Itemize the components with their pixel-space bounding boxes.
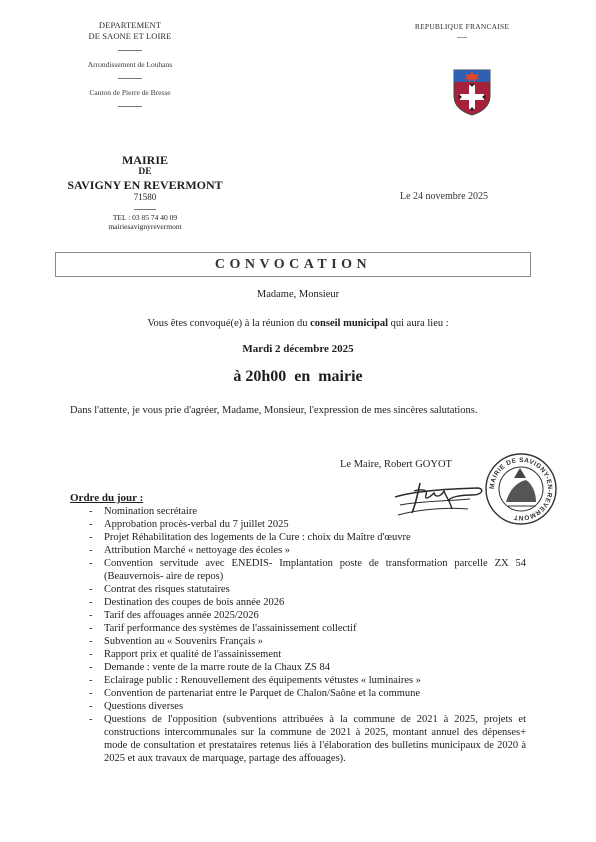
agenda-item-text: Tarif performance des systèmes de l'assa…: [104, 623, 356, 634]
mairie-block: MAIRIE DE SAVIGNY EN REVERMONT 71580 TEL…: [80, 154, 210, 231]
meeting-time-place: à 20h00 en mairie: [0, 368, 596, 386]
agenda-item-text: Convention servitude avec ENEDIS- Implan…: [104, 558, 526, 582]
agenda-item-text: Tarif des affouages année 2025/2026: [104, 610, 259, 621]
canton: Canton de Pierre de Bresse: [60, 87, 200, 98]
closing-paragraph: Dans l'attente, je vous prie d'agréer, M…: [70, 404, 510, 418]
divider: [118, 78, 142, 79]
agenda-item-text: Questions diverses: [104, 701, 183, 712]
bullet-dash: -: [89, 583, 93, 596]
agenda-item: -Tarif performance des systèmes de l'ass…: [70, 622, 526, 635]
arrondissement: Arrondissement de Louhans: [60, 59, 200, 70]
republic-header: REPUBLIQUE FRANCAISE: [402, 22, 522, 38]
agenda-item: -Subvention au « Souvenirs Français »: [70, 635, 526, 648]
commune-name: SAVIGNY EN REVERMONT: [60, 178, 230, 192]
agenda-item-text: Eclairage public : Renouvellement des éq…: [104, 675, 421, 686]
bullet-dash: -: [89, 557, 93, 570]
email-address: mairiesavignyrevermont: [80, 222, 210, 231]
agenda-item-text: Approbation procès-verbal du 7 juillet 2…: [104, 519, 289, 530]
bullet-dash: -: [89, 518, 93, 531]
agenda-item-text: Convention de partenariat entre le Parqu…: [104, 688, 420, 699]
bullet-dash: -: [89, 700, 93, 713]
bullet-dash: -: [89, 648, 93, 661]
bullet-dash: -: [89, 713, 93, 726]
agenda-item: -Demande : vente de la marre route de la…: [70, 661, 526, 674]
agenda-item: -Rapport prix et qualité de l'assainisse…: [70, 648, 526, 661]
coat-of-arms-icon: [452, 68, 492, 116]
agenda-list: -Nomination secrétaire-Approbation procè…: [70, 505, 526, 765]
agenda-item-text: Questions de l'opposition (subventions a…: [104, 714, 526, 764]
divider: [134, 209, 156, 210]
convocation-title-box: CONVOCATION: [55, 252, 531, 277]
agenda-item: -Questions de l'opposition (subventions …: [70, 713, 526, 765]
meeting-date: Mardi 2 décembre 2025: [0, 343, 596, 355]
bullet-dash: -: [89, 687, 93, 700]
signer-name: Le Maire, Robert GOYOT: [340, 459, 452, 470]
agenda-item: -Questions diverses: [70, 700, 526, 713]
agenda-item-text: Subvention au « Souvenirs Français »: [104, 636, 263, 647]
document-title: CONVOCATION: [56, 257, 530, 273]
agenda-item: -Convention de partenariat entre le Parq…: [70, 687, 526, 700]
agenda-item-text: Attribution Marché « nettoyage des école…: [104, 545, 290, 556]
agenda-item-text: Rapport prix et qualité de l'assainissem…: [104, 649, 281, 660]
agenda-item-text: Nomination secrétaire: [104, 506, 197, 517]
agenda-item: -Approbation procès-verbal du 7 juillet …: [70, 518, 526, 531]
bullet-dash: -: [89, 609, 93, 622]
phone-number: TEL : 03 85 74 40 09: [80, 213, 210, 222]
invitation-after: qui aura lieu :: [388, 318, 449, 329]
agenda-item: -Projet Réhabilitation des logements de …: [70, 531, 526, 544]
letter-date: Le 24 novembre 2025: [400, 191, 488, 202]
bullet-dash: -: [89, 505, 93, 518]
agenda-item: -Eclairage public : Renouvellement des é…: [70, 674, 526, 687]
agenda-item: -Destination des coupes de bois année 20…: [70, 596, 526, 609]
bullet-dash: -: [89, 531, 93, 544]
agenda-title: Ordre du jour :: [70, 492, 143, 504]
invitation-before: Vous êtes convoqué(e) à la réunion du: [147, 318, 310, 329]
republic-name: REPUBLIQUE FRANCAISE: [402, 22, 522, 31]
department-name-line1: DEPARTEMENT: [60, 20, 200, 31]
invitation-text: Vous êtes convoqué(e) à la réunion du co…: [0, 318, 596, 329]
divider: [118, 106, 142, 107]
divider: [457, 37, 467, 38]
mairie-line1: MAIRIE: [80, 154, 210, 167]
salutation: Madame, Monsieur: [0, 289, 596, 300]
department-name-line2: DE SAONE ET LOIRE: [60, 31, 200, 42]
department-header: DEPARTEMENT DE SAONE ET LOIRE Arrondisse…: [60, 20, 200, 115]
bullet-dash: -: [89, 544, 93, 557]
agenda-item: -Tarif des affouages année 2025/2026: [70, 609, 526, 622]
agenda-item-text: Destination des coupes de bois année 202…: [104, 597, 284, 608]
bullet-dash: -: [89, 674, 93, 687]
bullet-dash: -: [89, 635, 93, 648]
agenda-item: -Attribution Marché « nettoyage des écol…: [70, 544, 526, 557]
invitation-bold: conseil municipal: [310, 318, 388, 329]
postcode: 71580: [80, 192, 210, 203]
bullet-dash: -: [89, 661, 93, 674]
agenda-item-text: Demande : vente de la marre route de la …: [104, 662, 330, 673]
agenda-item: -Convention servitude avec ENEDIS- Impla…: [70, 557, 526, 583]
agenda-item: -Contrat des risques statutaires: [70, 583, 526, 596]
agenda-item: -Nomination secrétaire: [70, 505, 526, 518]
agenda-item-text: Contrat des risques statutaires: [104, 584, 230, 595]
agenda-item-text: Projet Réhabilitation des logements de l…: [104, 532, 411, 543]
mairie-line2: DE: [80, 167, 210, 178]
bullet-dash: -: [89, 596, 93, 609]
bullet-dash: -: [89, 622, 93, 635]
divider: [118, 50, 142, 51]
